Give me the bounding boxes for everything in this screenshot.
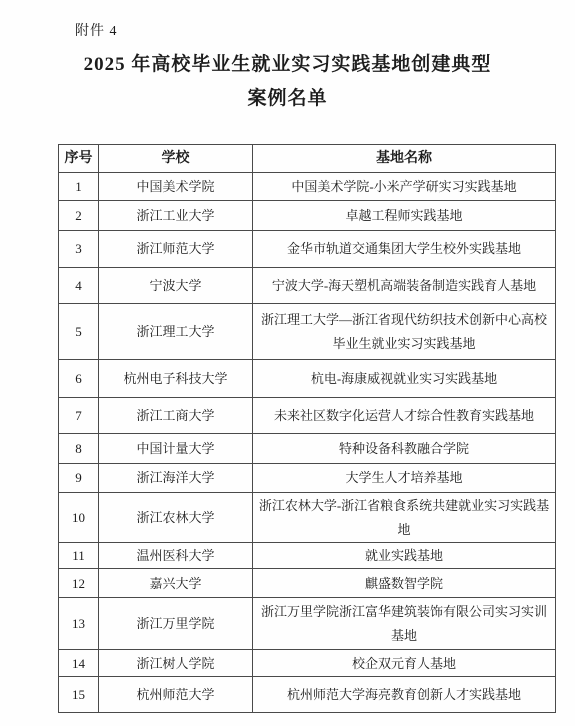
school-cell: 浙江理工大学 xyxy=(99,304,253,360)
table-row: 5浙江理工大学浙江理工大学—浙江省现代纺织技术创新中心高校毕业生就业实习实践基地 xyxy=(59,304,556,360)
row-number-cell: 10 xyxy=(59,493,99,543)
row-number-cell: 3 xyxy=(59,231,99,268)
base-name-cell: 特种设备科教融合学院 xyxy=(253,434,556,464)
table-row: 13浙江万里学院浙江万里学院浙江富华建筑装饰有限公司实习实训基地 xyxy=(59,598,556,650)
document-title: 2025 年高校毕业生就业实习实践基地创建典型 案例名单 xyxy=(0,48,575,116)
school-cell: 浙江农林大学 xyxy=(99,493,253,543)
base-name-cell: 杭州师范大学海亮教育创新人才实践基地 xyxy=(253,677,556,713)
base-name-cell: 宁波大学-海天塑机高端装备制造实践育人基地 xyxy=(253,268,556,304)
table-row: 1中国美术学院中国美术学院-小米产学研实习实践基地 xyxy=(59,173,556,201)
school-cell: 浙江万里学院 xyxy=(99,598,253,650)
base-name-cell: 浙江理工大学—浙江省现代纺织技术创新中心高校毕业生就业实习实践基地 xyxy=(253,304,556,360)
table-row: 4宁波大学宁波大学-海天塑机高端装备制造实践育人基地 xyxy=(59,268,556,304)
table-row: 3浙江师范大学金华市轨道交通集团大学生校外实践基地 xyxy=(59,231,556,268)
school-cell: 浙江师范大学 xyxy=(99,231,253,268)
table-body: 1中国美术学院中国美术学院-小米产学研实习实践基地2浙江工业大学卓越工程师实践基… xyxy=(59,173,556,713)
school-cell: 宁波大学 xyxy=(99,268,253,304)
row-number-cell: 14 xyxy=(59,650,99,677)
table-row: 7浙江工商大学未来社区数字化运营人才综合性教育实践基地 xyxy=(59,398,556,434)
row-number-cell: 9 xyxy=(59,464,99,493)
table-row: 11温州医科大学就业实践基地 xyxy=(59,542,556,568)
school-cell: 杭州电子科技大学 xyxy=(99,360,253,398)
school-cell: 温州医科大学 xyxy=(99,542,253,568)
table-row: 12嘉兴大学麒盛数智学院 xyxy=(59,569,556,598)
row-number-cell: 11 xyxy=(59,542,99,568)
base-name-cell: 就业实践基地 xyxy=(253,542,556,568)
base-name-cell: 校企双元育人基地 xyxy=(253,650,556,677)
base-name-cell: 未来社区数字化运营人才综合性教育实践基地 xyxy=(253,398,556,434)
school-cell: 浙江工商大学 xyxy=(99,398,253,434)
header-cell-number: 序号 xyxy=(59,145,99,173)
table-row: 9浙江海洋大学大学生人才培养基地 xyxy=(59,464,556,493)
row-number-cell: 8 xyxy=(59,434,99,464)
table-header: 序号 学校 基地名称 xyxy=(59,145,556,173)
base-name-cell: 金华市轨道交通集团大学生校外实践基地 xyxy=(253,231,556,268)
document-title-line1: 2025 年高校毕业生就业实习实践基地创建典型 xyxy=(0,48,575,82)
base-name-cell: 卓越工程师实践基地 xyxy=(253,201,556,231)
table-row: 15杭州师范大学杭州师范大学海亮教育创新人才实践基地 xyxy=(59,677,556,713)
table-row: 6杭州电子科技大学杭电-海康威视就业实习实践基地 xyxy=(59,360,556,398)
table-header-row: 序号 学校 基地名称 xyxy=(59,145,556,173)
base-name-cell: 杭电-海康威视就业实习实践基地 xyxy=(253,360,556,398)
school-cell: 浙江工业大学 xyxy=(99,201,253,231)
header-cell-base-name: 基地名称 xyxy=(253,145,556,173)
school-cell: 杭州师范大学 xyxy=(99,677,253,713)
school-cell: 中国美术学院 xyxy=(99,173,253,201)
row-number-cell: 1 xyxy=(59,173,99,201)
base-name-cell: 中国美术学院-小米产学研实习实践基地 xyxy=(253,173,556,201)
school-cell: 中国计量大学 xyxy=(99,434,253,464)
row-number-cell: 13 xyxy=(59,598,99,650)
base-name-cell: 大学生人才培养基地 xyxy=(253,464,556,493)
table-row: 14浙江树人学院校企双元育人基地 xyxy=(59,650,556,677)
school-cell: 浙江树人学院 xyxy=(99,650,253,677)
row-number-cell: 15 xyxy=(59,677,99,713)
table-row: 10浙江农林大学浙江农林大学-浙江省粮食系统共建就业实习实践基地 xyxy=(59,493,556,543)
row-number-cell: 12 xyxy=(59,569,99,598)
school-cell: 嘉兴大学 xyxy=(99,569,253,598)
document-page: 附件 4 2025 年高校毕业生就业实习实践基地创建典型 案例名单 序号 学校 … xyxy=(0,0,575,726)
table-row: 2浙江工业大学卓越工程师实践基地 xyxy=(59,201,556,231)
school-cell: 浙江海洋大学 xyxy=(99,464,253,493)
row-number-cell: 2 xyxy=(59,201,99,231)
base-name-cell: 浙江农林大学-浙江省粮食系统共建就业实习实践基地 xyxy=(253,493,556,543)
base-name-cell: 麒盛数智学院 xyxy=(253,569,556,598)
base-name-cell: 浙江万里学院浙江富华建筑装饰有限公司实习实训基地 xyxy=(253,598,556,650)
row-number-cell: 7 xyxy=(59,398,99,434)
row-number-cell: 5 xyxy=(59,304,99,360)
table-row: 8中国计量大学特种设备科教融合学院 xyxy=(59,434,556,464)
row-number-cell: 6 xyxy=(59,360,99,398)
attachment-label: 附件 4 xyxy=(75,20,118,40)
case-list-table: 序号 学校 基地名称 1中国美术学院中国美术学院-小米产学研实习实践基地2浙江工… xyxy=(58,144,556,713)
header-cell-school: 学校 xyxy=(99,145,253,173)
document-title-line2: 案例名单 xyxy=(0,82,575,116)
row-number-cell: 4 xyxy=(59,268,99,304)
